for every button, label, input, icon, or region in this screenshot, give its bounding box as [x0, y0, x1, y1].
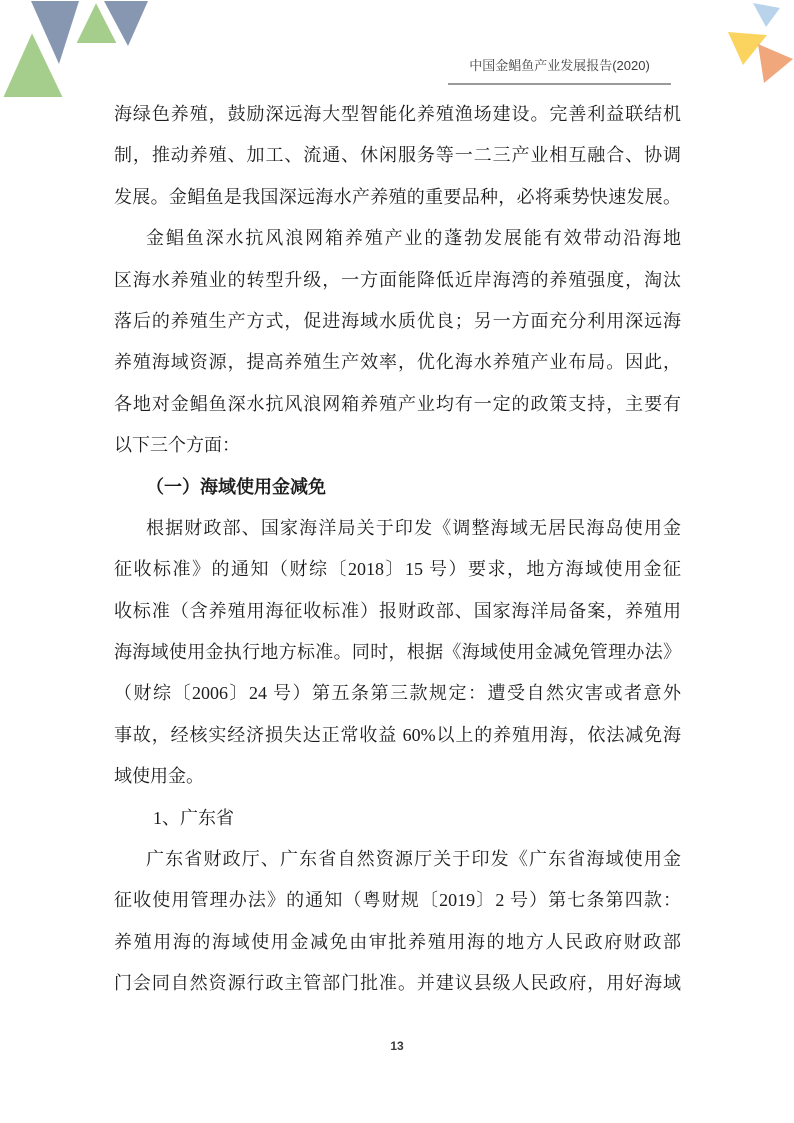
- header-title: 中国金鲳鱼产业发展报告(2020): [448, 57, 671, 74]
- text-line: 养殖海域资源，提高养殖生产效率，优化海水养殖产业布局。因此，: [114, 342, 681, 383]
- text-line: 以下三个方面：: [114, 425, 681, 466]
- corner-triangles-decoration: [700, 0, 794, 90]
- text-line: 落后的养殖生产方式，促进海域水质优良；另一方面充分利用深远海: [114, 301, 681, 342]
- text-line: 广东省财政厅、广东省自然资源厅关于印发《广东省海域使用金: [114, 839, 681, 880]
- text-line: 海绿色养殖，鼓励深远海大型智能化养殖渔场建设。完善利益联结机: [114, 94, 681, 135]
- text-line: 域使用金。: [114, 756, 681, 797]
- text-line: 征收使用管理办法》的通知（粤财规〔2019〕2 号）第七条第四款：: [114, 880, 681, 921]
- text-line: 发展。金鲳鱼是我国深远海水产养殖的重要品种，必将乘势快速发展。: [114, 177, 681, 218]
- text-line: 制，推动养殖、加工、流通、休闲服务等一二三产业相互融合、协调: [114, 135, 681, 176]
- triangles-logo: [0, 0, 160, 100]
- text-line: 事故，经核实经济损失达正常收益 60%以上的养殖用海，依法减免海: [114, 715, 681, 756]
- heading-line: （一）海域使用金减免: [114, 467, 681, 508]
- text-line: 征收标准》的通知（财综〔2018〕15 号）要求，地方海域使用金征: [114, 549, 681, 590]
- header-rule: [448, 83, 671, 85]
- text-line: 根据财政部、国家海洋局关于印发《调整海域无居民海岛使用金: [114, 508, 681, 549]
- subheading-line: 1、广东省: [114, 798, 681, 839]
- document-body: 海绿色养殖，鼓励深远海大型智能化养殖渔场建设。完善利益联结机制，推动养殖、加工、…: [114, 94, 681, 1005]
- text-line: （财综〔2006〕24 号）第五条第三款规定：遭受自然灾害或者意外: [114, 673, 681, 714]
- text-line: 各地对金鲳鱼深水抗风浪网箱养殖产业均有一定的政策支持，主要有: [114, 384, 681, 425]
- page-number: 13: [0, 1039, 794, 1053]
- text-line: 养殖用海的海域使用金减免由审批养殖用海的地方人民政府财政部: [114, 922, 681, 963]
- text-line: 收标准（含养殖用海征收标准）报财政部、国家海洋局备案，养殖用: [114, 591, 681, 632]
- decor-triangle-orange: [758, 44, 793, 83]
- text-line: 海海域使用金执行地方标准。同时，根据《海域使用金减免管理办法》: [114, 632, 681, 673]
- text-line: 金鲳鱼深水抗风浪网箱养殖产业的蓬勃发展能有效带动沿海地: [114, 218, 681, 259]
- text-line: 门会同自然资源行政主管部门批准。并建议县级人民政府，用好海域: [114, 963, 681, 1004]
- document-page: 中国金鲳鱼产业发展报告(2020) 海绿色养殖，鼓励深远海大型智能化养殖渔场建设…: [0, 0, 794, 1123]
- decor-triangle-lightblue: [753, 3, 780, 27]
- text-line: 区海水养殖业的转型升级，一方面能降低近岸海湾的养殖强度，淘汰: [114, 260, 681, 301]
